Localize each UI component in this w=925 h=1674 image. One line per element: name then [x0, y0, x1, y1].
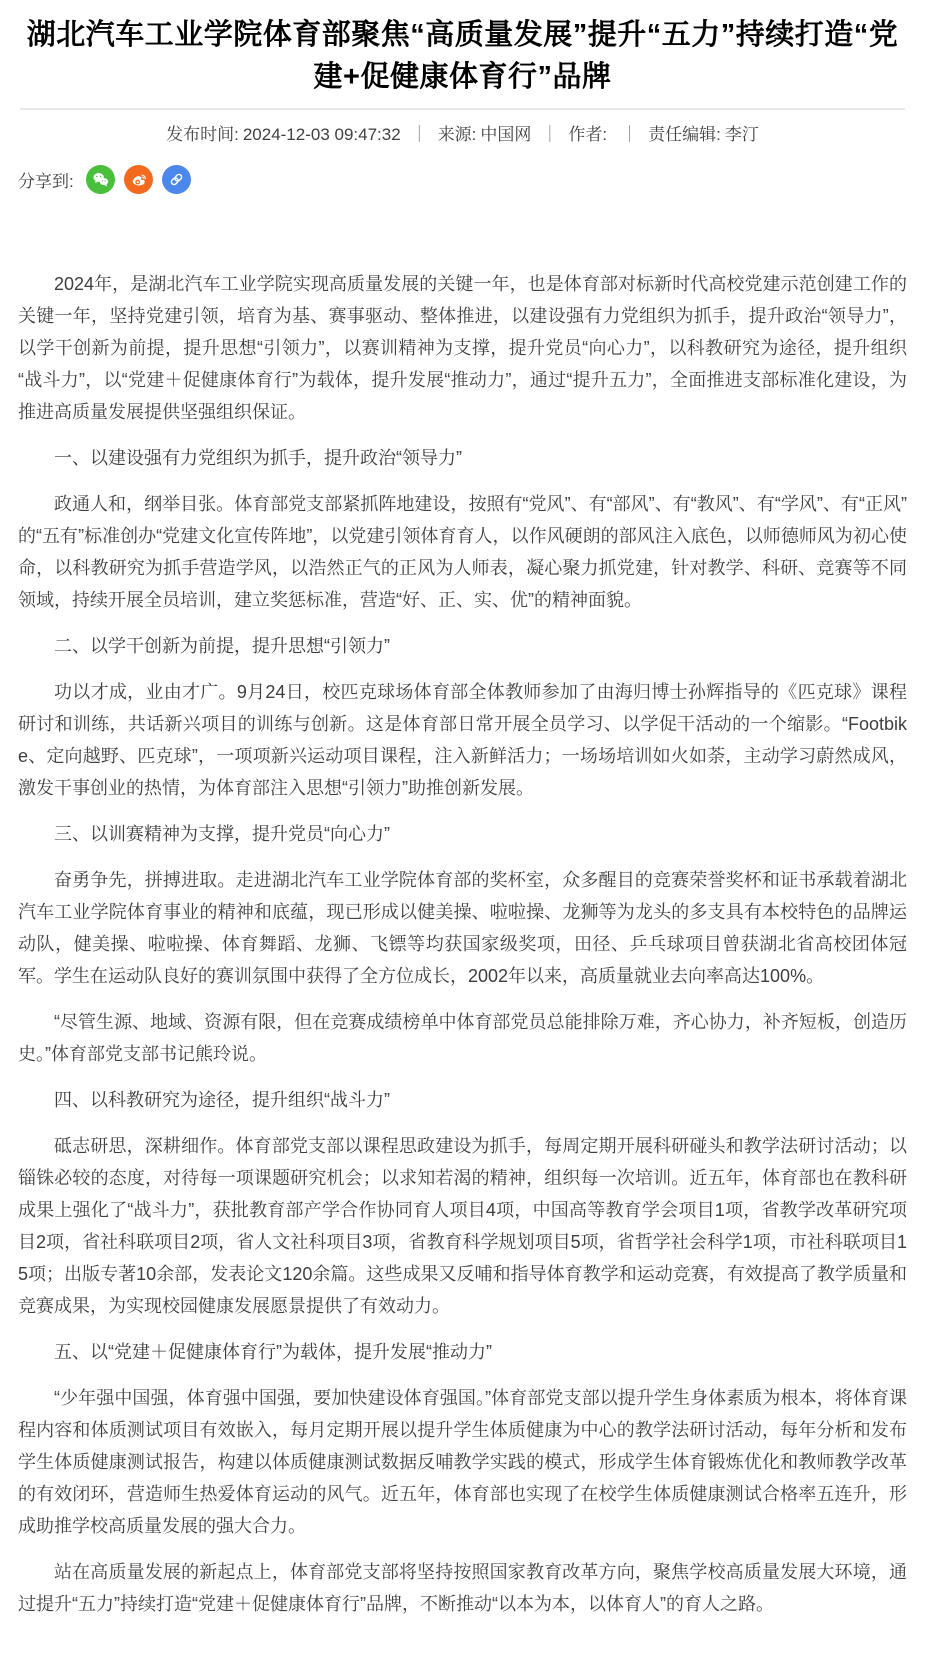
- article-paragraph: “尽管生源、地域、资源有限，但在竞赛成绩榜单中体育部党员总能排除万难，齐心协力，…: [18, 1006, 907, 1070]
- article-paragraph: 功以才成，业由才广。9月24日，校匹克球场体育部全体教师参加了由海归博士孙辉指导…: [18, 676, 907, 804]
- wechat-share-button[interactable]: [86, 165, 115, 194]
- source-value: 中国网: [480, 125, 531, 144]
- copy-link-share-button[interactable]: [162, 165, 191, 194]
- share-row: 分享到:: [0, 147, 925, 194]
- meta-separator: ｜: [541, 125, 558, 144]
- editor-value: 李汀: [725, 125, 759, 144]
- weibo-share-button[interactable]: [124, 165, 153, 194]
- author-label: 作者:: [568, 125, 607, 144]
- source-label: 来源:: [438, 125, 477, 144]
- editor-label: 责任编辑:: [648, 125, 721, 144]
- publish-time-label: 发布时间:: [166, 125, 239, 144]
- article-paragraph: “少年强中国强，体育强中国强，要加快建设体育强国。”体育部党支部以提升学生身体素…: [18, 1382, 907, 1542]
- article-paragraph: 2024年，是湖北汽车工业学院实现高质量发展的关键一年，也是体育部对标新时代高校…: [18, 268, 907, 428]
- title-divider: [20, 108, 905, 110]
- article-body: 2024年，是湖北汽车工业学院实现高质量发展的关键一年，也是体育部对标新时代高校…: [0, 194, 925, 1620]
- article-meta: 发布时间:2024-12-03 09:47:32｜来源:中国网｜作者:｜责任编辑…: [0, 123, 925, 147]
- article-paragraph: 砥志研思，深耕细作。体育部党支部以课程思政建设为抓手，每周定期开展科研碰头和教学…: [18, 1130, 907, 1322]
- weibo-icon: [129, 170, 148, 189]
- section-heading: 一、以建设强有力党组织为抓手，提升政治“领导力”: [18, 442, 907, 474]
- wechat-icon: [91, 170, 110, 189]
- page-title: 湖北汽车工业学院体育部聚焦“高质量发展”提升“五力”持续打造“党建+促健康体育行…: [0, 0, 925, 98]
- section-heading: 三、以训赛精神为支撑，提升党员“向心力”: [18, 818, 907, 850]
- share-label: 分享到:: [18, 167, 74, 192]
- section-heading: 五、以“党建＋促健康体育行”为载体，提升发展“推动力”: [18, 1336, 907, 1368]
- article-paragraph: 奋勇争先，拼搏进取。走进湖北汽车工业学院体育部的奖杯室，众多醒目的竞赛荣誉奖杯和…: [18, 864, 907, 992]
- link-icon: [167, 170, 186, 189]
- article-page: 湖北汽车工业学院体育部聚焦“高质量发展”提升“五力”持续打造“党建+促健康体育行…: [0, 0, 925, 1674]
- meta-separator: ｜: [621, 125, 638, 144]
- section-heading: 二、以学干创新为前提，提升思想“引领力”: [18, 630, 907, 662]
- section-heading: 四、以科教研究为途径，提升组织“战斗力”: [18, 1084, 907, 1116]
- publish-time-value: 2024-12-03 09:47:32: [243, 125, 401, 144]
- article-paragraph: 站在高质量发展的新起点上，体育部党支部将坚持按照国家教育改革方向，聚焦学校高质量…: [18, 1556, 907, 1620]
- meta-separator: ｜: [411, 125, 428, 144]
- article-paragraph: 政通人和，纲举目张。体育部党支部紧抓阵地建设，按照有“党风”、有“部风”、有“教…: [18, 488, 907, 616]
